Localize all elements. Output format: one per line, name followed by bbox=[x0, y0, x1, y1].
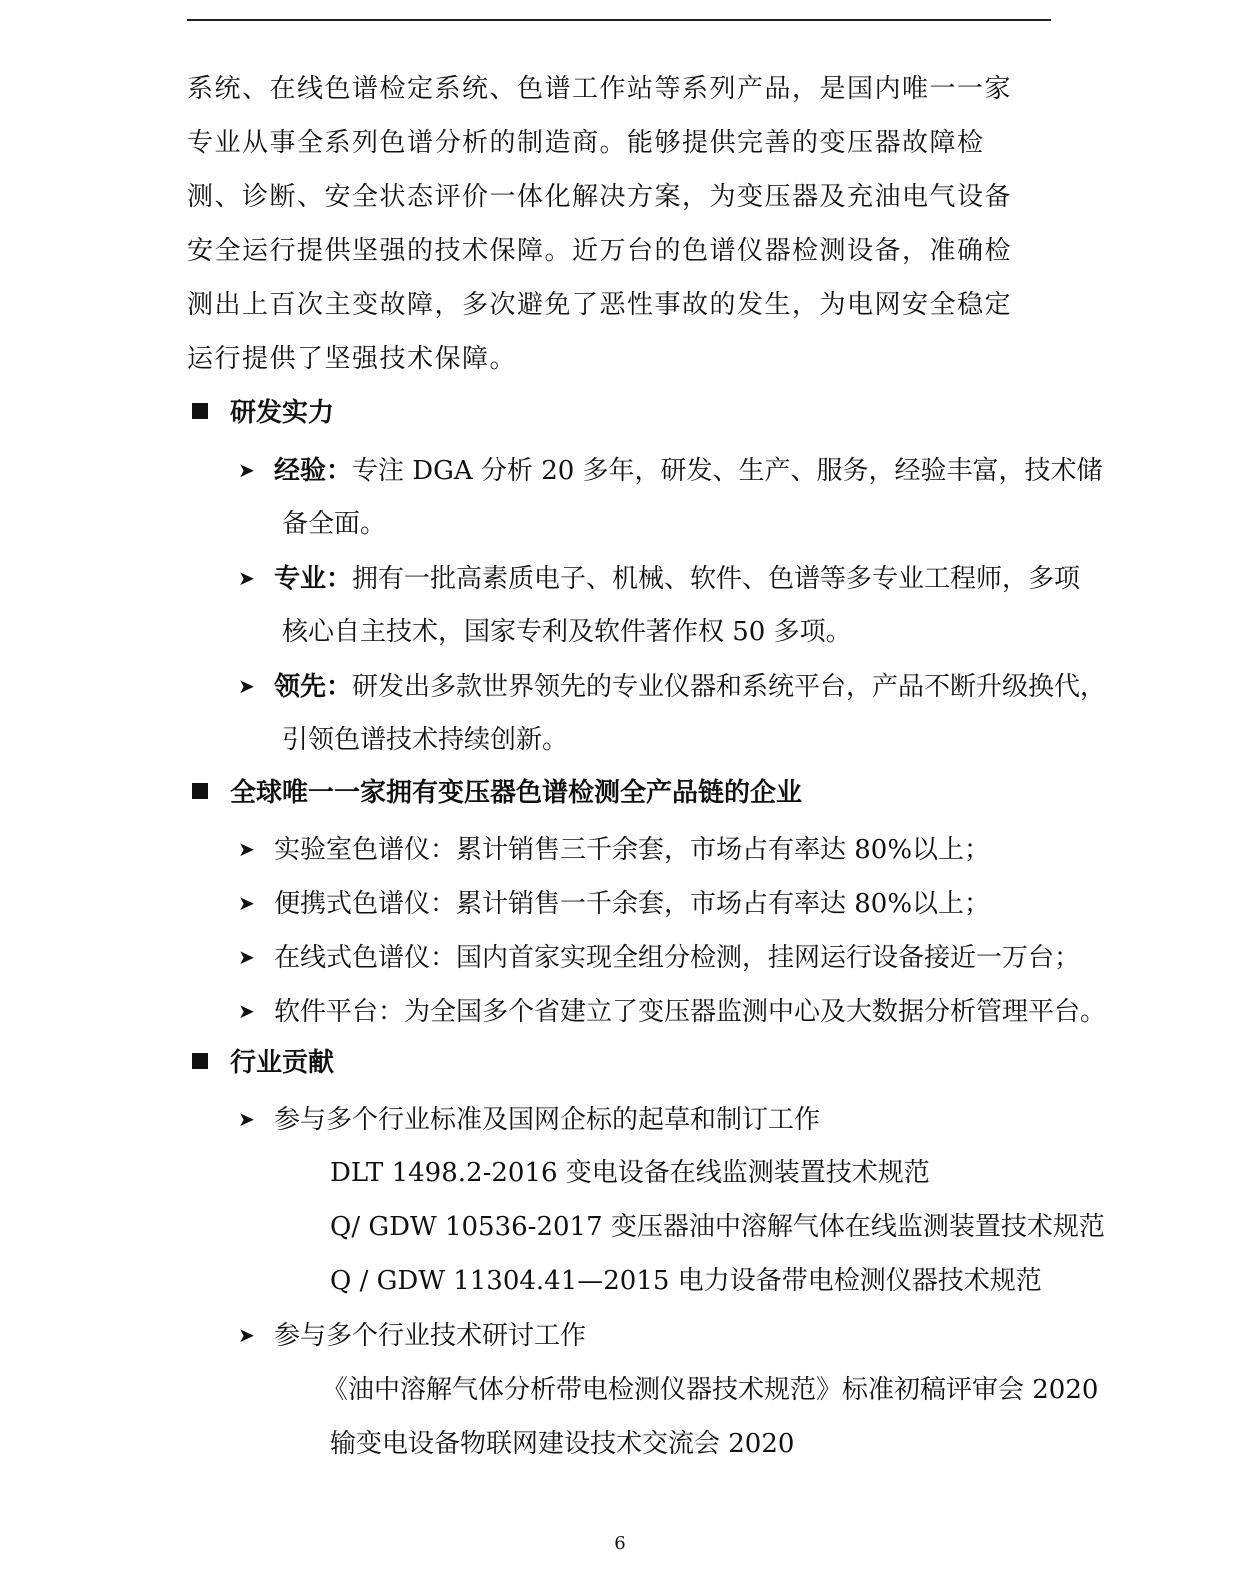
list-item: ➤专业：拥有一批高素质电子、机械、软件、色谱等多专业工程师，多项 bbox=[238, 563, 1080, 594]
arrow-bullet-icon: ➤ bbox=[238, 1320, 274, 1350]
item-text: 参与多个行业技术研讨工作 bbox=[274, 1321, 586, 1351]
item-text: 实验室色谱仪：累计销售三千余套，市场占有率达 80%以上； bbox=[274, 835, 990, 865]
intro-line: 运行提供了坚强技术保障。 bbox=[187, 344, 517, 374]
arrow-bullet-icon: ➤ bbox=[238, 455, 274, 485]
section-title: 行业贡献 bbox=[230, 1048, 334, 1078]
intro-line: 系统、在线色谱检定系统、色谱工作站等系列产品，是国内唯一一家 bbox=[187, 74, 1012, 104]
arrow-bullet-icon: ➤ bbox=[238, 996, 274, 1026]
item-continuation: 备全面。 bbox=[282, 509, 386, 539]
section-heading: 行业贡献 bbox=[192, 1048, 334, 1078]
seminar-entry: 输变电设备物联网建设技术交流会 2020 bbox=[330, 1429, 794, 1459]
arrow-bullet-icon: ➤ bbox=[238, 942, 274, 972]
item-label: 领先： bbox=[274, 672, 352, 702]
square-bullet-icon bbox=[192, 1053, 208, 1069]
item-text: 软件平台：为全国多个省建立了变压器监测中心及大数据分析管理平台。 bbox=[274, 997, 1106, 1027]
standard-entry: DLT 1498.2-2016 变电设备在线监测装置技术规范 bbox=[330, 1158, 930, 1188]
arrow-bullet-icon: ➤ bbox=[238, 888, 274, 918]
list-item: ➤经验：专注 DGA 分析 20 多年，研发、生产、服务，经验丰富，技术储 bbox=[238, 455, 1103, 486]
arrow-bullet-icon: ➤ bbox=[238, 671, 274, 701]
section-heading: 研发实力 bbox=[192, 398, 334, 428]
arrow-bullet-icon: ➤ bbox=[238, 563, 274, 593]
item-continuation: 核心自主技术，国家专利及软件著作权 50 多项。 bbox=[282, 617, 852, 647]
section-title: 全球唯一一家拥有变压器色谱检测全产品链的企业 bbox=[230, 778, 802, 808]
header-rule bbox=[187, 19, 1051, 21]
list-item: ➤便携式色谱仪：累计销售一千余套，市场占有率达 80%以上； bbox=[238, 888, 990, 919]
list-item: ➤参与多个行业标准及国网企标的起草和制订工作 bbox=[238, 1104, 820, 1135]
list-item: ➤在线式色谱仪：国内首家实现全组分检测，挂网运行设备接近一万台； bbox=[238, 942, 1080, 973]
list-item: ➤领先：研发出多款世界领先的专业仪器和系统平台，产品不断升级换代， bbox=[238, 671, 1106, 702]
arrow-bullet-icon: ➤ bbox=[238, 1104, 274, 1134]
item-text: 参与多个行业标准及国网企标的起草和制订工作 bbox=[274, 1105, 820, 1135]
item-continuation: 引领色谱技术持续创新。 bbox=[282, 725, 568, 755]
item-label: 专业： bbox=[274, 564, 352, 594]
intro-line: 测、诊断、安全状态评价一体化解决方案，为变压器及充油电气设备 bbox=[187, 182, 1012, 212]
list-item: ➤参与多个行业技术研讨工作 bbox=[238, 1320, 586, 1351]
item-text: 研发出多款世界领先的专业仪器和系统平台，产品不断升级换代， bbox=[352, 672, 1106, 702]
item-text: 专注 DGA 分析 20 多年，研发、生产、服务，经验丰富，技术储 bbox=[352, 456, 1103, 486]
intro-line: 安全运行提供坚强的技术保障。近万台的色谱仪器检测设备，准确检 bbox=[187, 236, 1012, 266]
item-label: 经验： bbox=[274, 456, 352, 486]
square-bullet-icon bbox=[192, 783, 208, 799]
intro-line: 测出上百次主变故障，多次避免了恶性事故的发生，为电网安全稳定 bbox=[187, 290, 1012, 320]
list-item: ➤软件平台：为全国多个省建立了变压器监测中心及大数据分析管理平台。 bbox=[238, 996, 1106, 1027]
section-heading: 全球唯一一家拥有变压器色谱检测全产品链的企业 bbox=[192, 778, 802, 808]
seminar-entry: 《油中溶解气体分析带电检测仪器技术规范》标准初稿评审会 2020 bbox=[322, 1375, 1098, 1405]
page-number: 6 bbox=[0, 1533, 1240, 1554]
section-title: 研发实力 bbox=[230, 398, 334, 428]
standard-entry: Q/ GDW 10536-2017 变压器油中溶解气体在线监测装置技术规范 bbox=[330, 1212, 1105, 1242]
standard-entry: Q / GDW 11304.41—2015 电力设备带电检测仪器技术规范 bbox=[330, 1266, 1042, 1296]
list-item: ➤实验室色谱仪：累计销售三千余套，市场占有率达 80%以上； bbox=[238, 834, 990, 865]
item-text: 拥有一批高素质电子、机械、软件、色谱等多专业工程师，多项 bbox=[352, 564, 1080, 594]
square-bullet-icon bbox=[192, 403, 208, 419]
item-text: 在线式色谱仪：国内首家实现全组分检测，挂网运行设备接近一万台； bbox=[274, 943, 1080, 973]
intro-line: 专业从事全系列色谱分析的制造商。能够提供完善的变压器故障检 bbox=[187, 128, 985, 158]
arrow-bullet-icon: ➤ bbox=[238, 834, 274, 864]
item-text: 便携式色谱仪：累计销售一千余套，市场占有率达 80%以上； bbox=[274, 889, 990, 919]
